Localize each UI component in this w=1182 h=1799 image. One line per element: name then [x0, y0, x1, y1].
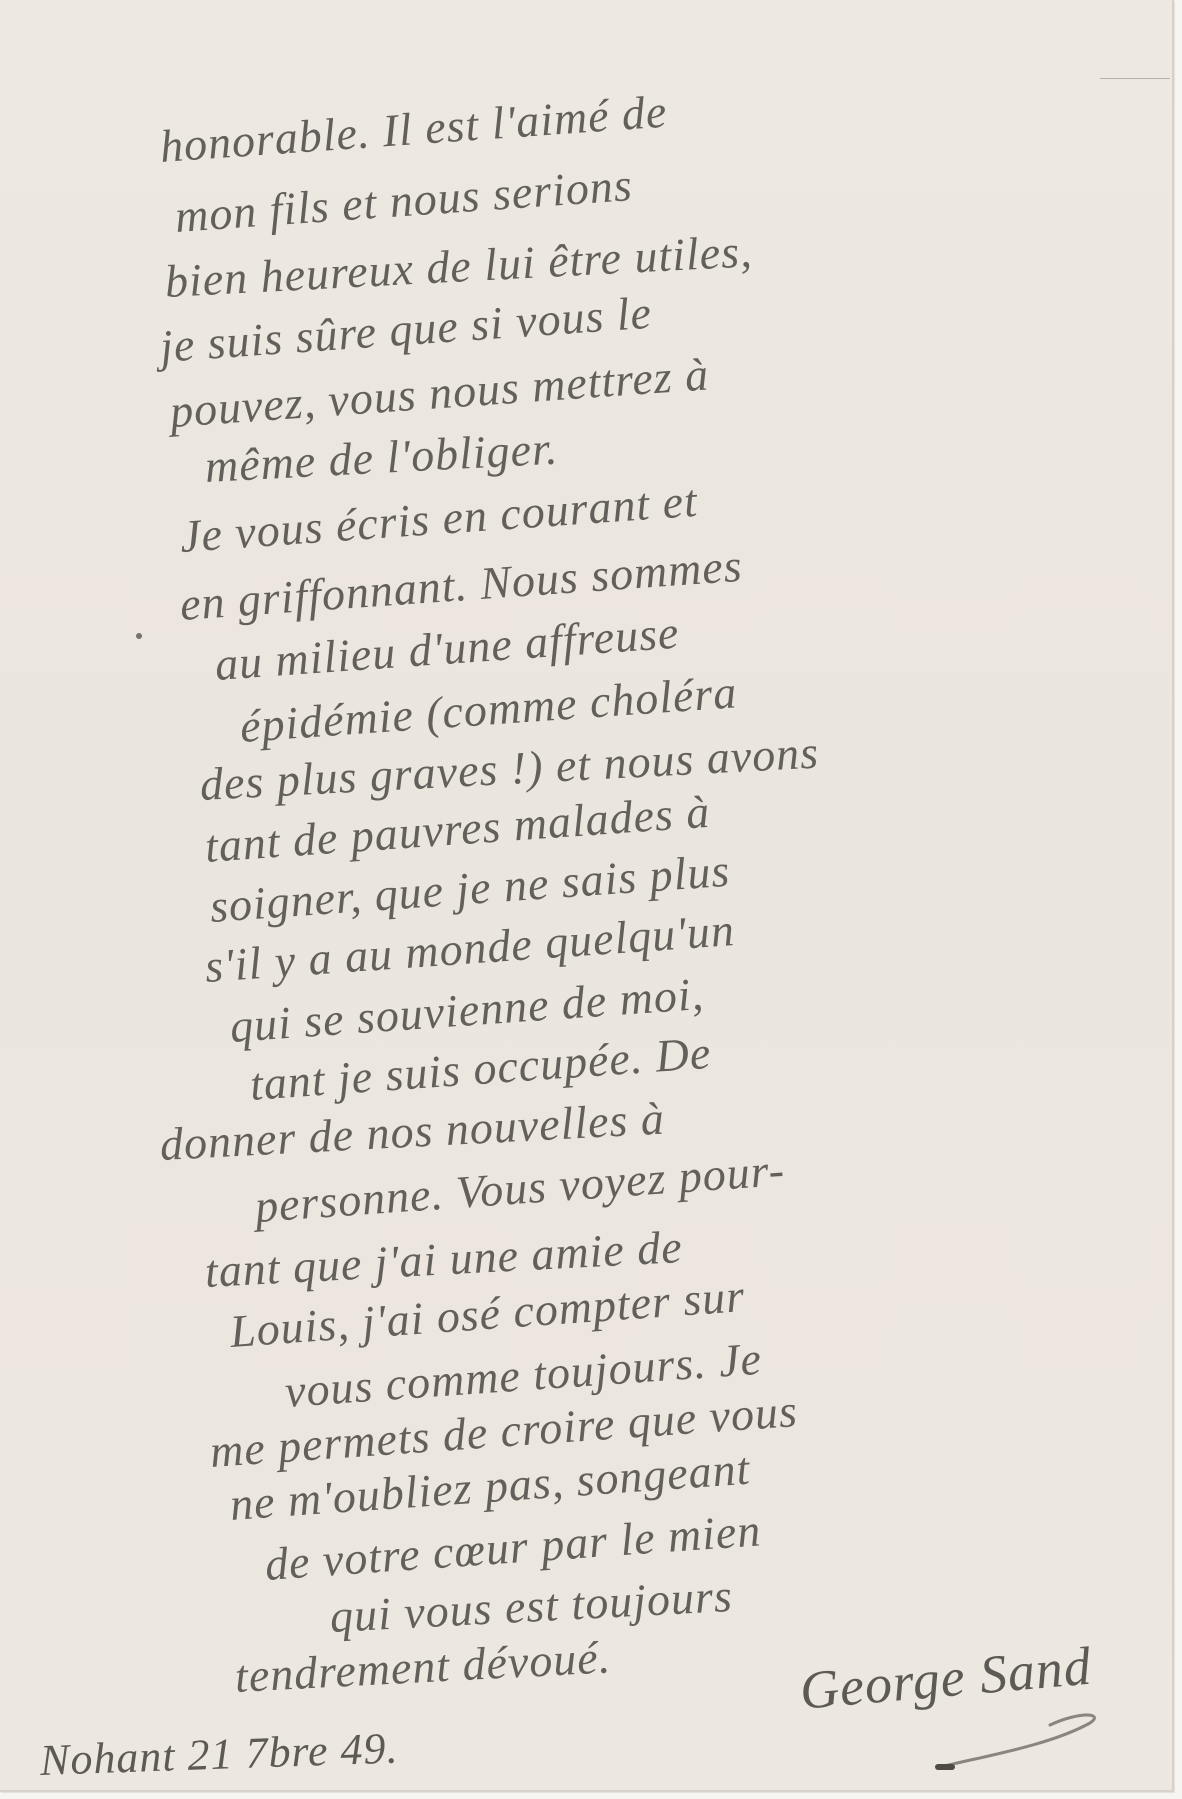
letter-page: honorable. Il est l'aimé de mon fils et … — [0, 0, 1174, 1792]
ink-dot — [136, 633, 142, 639]
letter-line-2: mon fils et nous serions — [173, 158, 634, 243]
letter-line-1: honorable. Il est l'aimé de — [158, 85, 669, 173]
signature-flourish-icon — [930, 1705, 1130, 1785]
letter-line-6: même de l'obliger. — [204, 422, 560, 493]
top-rule-line — [1100, 78, 1170, 79]
letter-line-26: tendrement dévoué. — [234, 1630, 613, 1703]
place-and-date: Nohant 21 7bre 49. — [39, 1723, 399, 1786]
